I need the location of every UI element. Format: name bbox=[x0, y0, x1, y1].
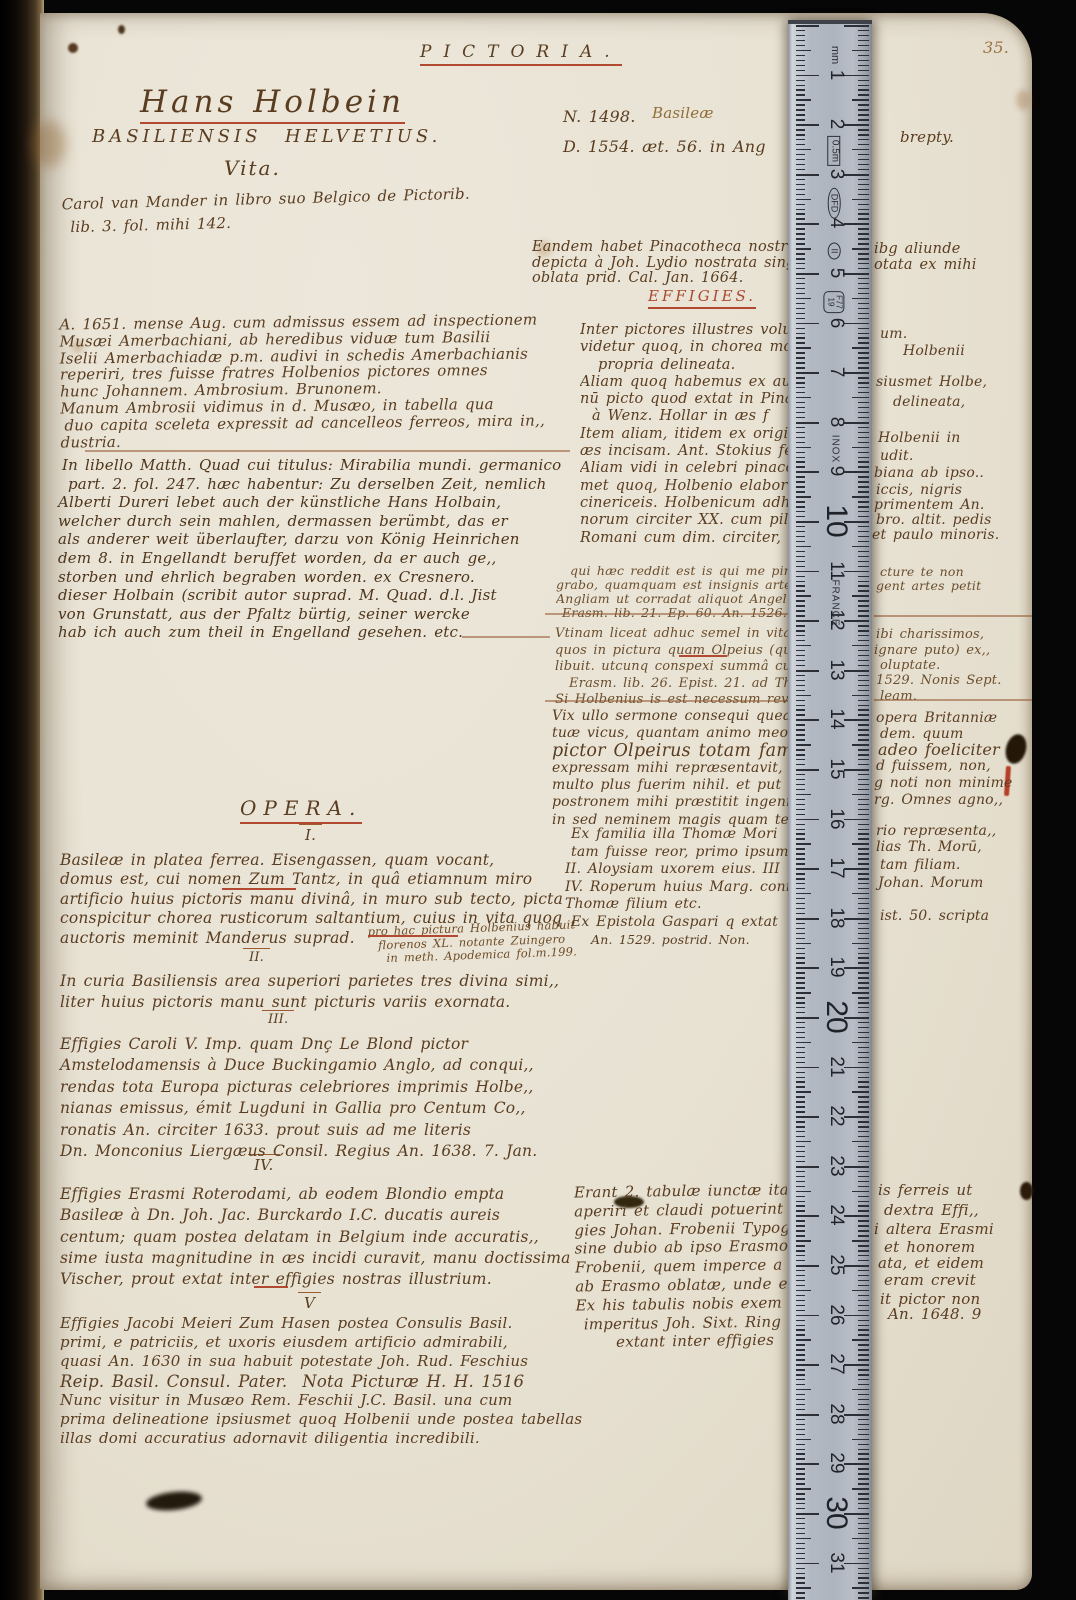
ruler-tick bbox=[796, 858, 805, 859]
ruler-tick bbox=[858, 1310, 869, 1311]
ruler-tick bbox=[844, 323, 869, 325]
ruler-tick bbox=[796, 1344, 805, 1345]
ruler-tick bbox=[796, 829, 805, 830]
ruler-tick bbox=[796, 1106, 805, 1107]
ruler-tick bbox=[796, 655, 805, 656]
ruler-tick bbox=[796, 1240, 811, 1241]
ruler-tick bbox=[796, 447, 811, 448]
ruler-tick bbox=[858, 1151, 869, 1152]
ruler-tick bbox=[796, 213, 805, 214]
text-line: Vischer, prout extat inter effigies nost… bbox=[60, 1269, 571, 1290]
ruler-tick bbox=[796, 1176, 805, 1177]
text-line: tuæ vicus, quantam animo meo p se bbox=[552, 725, 788, 742]
ruler-tick bbox=[796, 1161, 805, 1162]
ruler-tick bbox=[796, 1369, 805, 1370]
ruler-tick bbox=[796, 1285, 805, 1286]
text-line: aperiri et claudi potuerint bbox=[574, 1199, 787, 1221]
ruler-tick bbox=[858, 590, 869, 591]
ruler-tick bbox=[796, 595, 811, 596]
ruler-tick bbox=[796, 457, 805, 458]
ruler-tick bbox=[796, 248, 811, 249]
ruler-tick bbox=[858, 427, 869, 428]
text-block-effigies-list: Inter pictores illustres voluminevidetur… bbox=[580, 322, 788, 547]
ruler-tick bbox=[858, 318, 869, 319]
ruler-tick bbox=[796, 461, 805, 462]
text-line: als anderer weit überlaufter, darzu von … bbox=[58, 530, 561, 549]
ruler-tick bbox=[858, 154, 869, 155]
ruler-tick bbox=[858, 1369, 869, 1370]
ruler-tick bbox=[858, 313, 869, 314]
text-line: Aliam quoq habemus ex autog bbox=[580, 374, 788, 391]
ruler-tick bbox=[858, 784, 869, 785]
ruler-tick bbox=[858, 486, 869, 487]
ruler-tick bbox=[858, 1523, 869, 1524]
ruler-tick bbox=[844, 1414, 869, 1416]
ruler-tick bbox=[796, 581, 805, 582]
ruler-tick bbox=[858, 858, 869, 859]
text-fragment: gent artes petit bbox=[876, 578, 981, 593]
ruler-tick bbox=[858, 977, 869, 978]
ruler-tick bbox=[796, 1483, 805, 1484]
ruler-tick bbox=[796, 962, 805, 963]
ruler-tick bbox=[858, 1493, 869, 1494]
ruler-tick bbox=[852, 347, 869, 348]
ruler-tick bbox=[858, 233, 869, 234]
text-block-morus-letter: Vix ullo sermone consequi queam, Mtuæ vi… bbox=[552, 708, 788, 829]
ruler-tick bbox=[858, 1196, 869, 1197]
text-line: qui hæc reddit est is qui me pinxit bbox=[570, 564, 788, 578]
ruler-tick bbox=[796, 119, 805, 120]
ruler-tick bbox=[858, 1399, 869, 1400]
text-fragment: bro. altit. pedis bbox=[876, 512, 991, 528]
ruler-tick bbox=[796, 948, 805, 949]
ruler-tick bbox=[858, 1126, 869, 1127]
ruler-tick bbox=[858, 1349, 869, 1350]
ruler-number: 3 bbox=[825, 169, 847, 180]
ruler-tick bbox=[858, 561, 869, 562]
ruler-tick bbox=[796, 1171, 805, 1172]
ruler-tick bbox=[796, 824, 805, 825]
ruler-tick bbox=[858, 953, 869, 954]
text-fragment: g noti non minime bbox=[874, 775, 1013, 791]
ruler-tick bbox=[796, 650, 805, 651]
ruler-tick bbox=[796, 600, 805, 601]
ruler-tick bbox=[858, 938, 869, 939]
ruler-tick bbox=[796, 769, 819, 771]
ruler-tick bbox=[796, 938, 805, 939]
ruler-tick bbox=[796, 883, 805, 884]
ruler-tick bbox=[796, 1181, 805, 1182]
ruler-tick bbox=[796, 104, 805, 105]
ruler-tick bbox=[852, 1538, 869, 1539]
ruler-number: 16 bbox=[825, 808, 847, 829]
ruler-tick bbox=[796, 1409, 805, 1410]
text-block-opera-5: Effigies Jacobi Meieri Zum Hasen postea … bbox=[60, 1314, 582, 1448]
ruler-tick bbox=[796, 402, 805, 403]
ruler-tick bbox=[858, 1424, 869, 1425]
ruler-tick bbox=[796, 372, 819, 374]
page-title: PICTORIA. bbox=[420, 42, 622, 66]
ruler-tick bbox=[796, 1126, 805, 1127]
ruler-tick bbox=[858, 962, 869, 963]
ruler-tick bbox=[858, 506, 869, 507]
ruler-tick bbox=[844, 769, 869, 771]
ruler-tick bbox=[796, 1166, 819, 1168]
ruler-tick bbox=[796, 1533, 805, 1534]
text-fragment: Holbenii in bbox=[878, 430, 960, 446]
ruler-tick bbox=[796, 109, 805, 110]
ruler-tick bbox=[852, 99, 869, 100]
ruler-tick bbox=[796, 1523, 805, 1524]
ruler-tick bbox=[796, 1300, 805, 1301]
ruler-tick bbox=[858, 1384, 869, 1385]
text-line: Item aliam, itidem ex originali bbox=[580, 426, 788, 443]
ruler-tick bbox=[844, 819, 869, 821]
ruler-tick bbox=[858, 655, 869, 656]
text-fragment: lias Th. Morū, bbox=[876, 839, 982, 855]
ruler-tick bbox=[796, 1349, 805, 1350]
ruler-tick bbox=[796, 1384, 805, 1385]
ruler-tick bbox=[796, 1310, 805, 1311]
ruler-tick bbox=[796, 1037, 805, 1038]
ruler-tick bbox=[852, 1042, 869, 1043]
ruler-tick bbox=[852, 1191, 869, 1192]
text-line: oblata prid. Cal. Jan. 1664. bbox=[532, 271, 788, 287]
text-line: Aliam vidi in celebri pinacothe bbox=[580, 460, 788, 477]
text-fragment: cture te non bbox=[880, 564, 964, 579]
ruler-tick bbox=[796, 1558, 805, 1559]
ruler-tick bbox=[796, 392, 805, 393]
ruler-tick bbox=[858, 814, 869, 815]
ruler-tick bbox=[796, 819, 819, 821]
ruler-tick bbox=[796, 1315, 819, 1317]
ruler-label-inox: INOX bbox=[829, 435, 840, 463]
ruler-tick bbox=[858, 258, 869, 259]
ruler-tick bbox=[858, 1449, 869, 1450]
ruler-tick bbox=[852, 1240, 869, 1241]
text-line: dem 8. in Engellandt beruffet worden, da… bbox=[58, 549, 561, 568]
ruler-tick bbox=[796, 982, 805, 983]
ruler-tick bbox=[858, 848, 869, 849]
ruler-tick bbox=[796, 1151, 805, 1152]
ruler-tick bbox=[858, 1230, 869, 1231]
ruler-tick bbox=[858, 1300, 869, 1301]
ruler-tick bbox=[796, 546, 811, 547]
ruler-tick bbox=[858, 1359, 869, 1360]
text-line: Thomæ filium etc. bbox=[565, 896, 788, 914]
ruler-tick bbox=[796, 209, 805, 210]
ruler-tick bbox=[796, 1265, 819, 1267]
ruler-tick bbox=[858, 481, 869, 482]
ruler-tick bbox=[858, 1186, 869, 1187]
ruler-number: 22 bbox=[825, 1106, 847, 1127]
text-line: Erasm. lib. 26. Epist. 21. ad Thom. bbox=[569, 676, 788, 693]
ruler-tick bbox=[858, 1573, 869, 1574]
ruler-number: 31 bbox=[825, 1552, 847, 1573]
ruler-tick bbox=[858, 367, 869, 368]
text-line: domus est, cui nomen Zum Tantz, in quâ e… bbox=[60, 870, 563, 889]
ruler-tick bbox=[858, 1558, 869, 1559]
ruler-tick bbox=[858, 1548, 869, 1549]
ruler-tick bbox=[852, 992, 869, 993]
ruler-tick bbox=[796, 134, 805, 135]
ruler-tick bbox=[796, 1022, 805, 1023]
ruler-tick bbox=[844, 422, 869, 424]
ruler-number: 10 bbox=[819, 504, 853, 537]
ruler-tick bbox=[858, 40, 869, 41]
ruler-tick bbox=[858, 1295, 869, 1296]
ruler-number: 4 bbox=[825, 218, 847, 229]
ruler-tick bbox=[852, 843, 869, 844]
ruler-tick bbox=[796, 437, 805, 438]
ruler-tick bbox=[796, 223, 819, 225]
ruler-tick bbox=[796, 779, 805, 780]
ruler-tick bbox=[858, 1106, 869, 1107]
ruler-tick bbox=[844, 273, 869, 275]
ruler-tick bbox=[796, 1012, 805, 1013]
text-line: Angliam ut corradat aliquot Angel bbox=[556, 592, 788, 606]
ruler-tick bbox=[796, 665, 805, 666]
ruler-number: 2 bbox=[825, 119, 847, 130]
ruler-tick bbox=[796, 739, 805, 740]
ruler-tick bbox=[796, 442, 805, 443]
ruler-tick bbox=[858, 209, 869, 210]
ruler-tick bbox=[796, 323, 819, 325]
ruler-tick bbox=[796, 660, 805, 661]
ruler-tick bbox=[844, 124, 869, 126]
ruler-tick bbox=[852, 595, 869, 596]
ruler-tick bbox=[796, 1235, 805, 1236]
ruler-tick bbox=[858, 119, 869, 120]
text-line: postronem mihi præstitit ingenioso bbox=[552, 794, 788, 811]
text-fragment: tam filiam. bbox=[880, 857, 961, 873]
text-line: welcher durch sein mahlen, dermassen ber… bbox=[58, 512, 561, 531]
ruler-tick bbox=[796, 1473, 805, 1474]
text-block-vita-1651: A. 1651. mense Aug. cum admissus essem a… bbox=[59, 311, 545, 450]
ruler-tick bbox=[796, 1498, 805, 1499]
ruler-tick bbox=[852, 1091, 869, 1092]
ruler-tick bbox=[858, 1255, 869, 1256]
ruler-tick bbox=[858, 1419, 869, 1420]
ruler-tick bbox=[796, 714, 805, 715]
text-line: IV. Roperum huius Marg. coniu bbox=[565, 879, 788, 897]
ruler-tick bbox=[796, 1121, 805, 1122]
text-line: artificio huius pictoris manu divinâ, in… bbox=[60, 890, 563, 909]
ruler-tick bbox=[796, 293, 805, 294]
ruler-tick bbox=[796, 1186, 805, 1187]
ruler-tick bbox=[858, 1260, 869, 1261]
ruler-tick bbox=[858, 144, 869, 145]
ruler-tick bbox=[796, 273, 819, 275]
ruler-tick bbox=[796, 89, 805, 90]
ruler-tick bbox=[796, 814, 805, 815]
ruler-tick bbox=[796, 1081, 805, 1082]
text-line: Reip. Basil. Consul. Pater. Nota Picturæ… bbox=[60, 1372, 582, 1391]
text-block-opera-2: In curia Basiliensis area superiori pari… bbox=[60, 971, 559, 1012]
ruler-tick bbox=[858, 1478, 869, 1479]
ruler-tick bbox=[858, 268, 869, 269]
ruler-tick bbox=[796, 749, 805, 750]
ruler-tick bbox=[796, 561, 805, 562]
section-opera: OPERA. bbox=[240, 796, 362, 824]
ruler-tick bbox=[796, 189, 805, 190]
ruler-tick bbox=[796, 1325, 805, 1326]
ruler-tick bbox=[796, 342, 805, 343]
ruler-tick bbox=[858, 1032, 869, 1033]
ruler-tick bbox=[858, 1111, 869, 1112]
ruler-tick bbox=[796, 645, 811, 646]
ruler-tick bbox=[796, 571, 819, 573]
ruler-tick bbox=[852, 496, 869, 497]
ruler-tick bbox=[852, 1587, 869, 1588]
ruler-tick bbox=[858, 700, 869, 701]
ruler-tick bbox=[796, 377, 805, 378]
ruler-tick bbox=[858, 1592, 869, 1593]
ruler-tick bbox=[796, 1508, 805, 1509]
ruler-tick bbox=[858, 1002, 869, 1003]
ruler-tick bbox=[858, 581, 869, 582]
ruler-tick bbox=[844, 967, 869, 969]
text-line: Inter pictores illustres volumine bbox=[580, 322, 788, 339]
ruler-tick bbox=[858, 957, 869, 958]
text-line: nū picto quod extat in Pinaco bbox=[580, 391, 788, 408]
ruler-tick bbox=[796, 928, 805, 929]
ruler-tick bbox=[858, 333, 869, 334]
ruler-number: 7 bbox=[825, 367, 847, 378]
ruler-tick bbox=[796, 1453, 805, 1454]
ruler-tick bbox=[796, 759, 805, 760]
ruler-tick bbox=[796, 1047, 805, 1048]
ruler-tick bbox=[844, 1067, 869, 1069]
ruler-tick bbox=[858, 1235, 869, 1236]
ruler-tick bbox=[858, 80, 869, 81]
ruler-tick bbox=[796, 873, 805, 874]
ruler-tick bbox=[858, 1012, 869, 1013]
ruler-tick bbox=[796, 253, 805, 254]
ruler-tick bbox=[796, 1458, 805, 1459]
ruler-tick bbox=[858, 328, 869, 329]
text-block-quad-libello: In libello Matth. Quad cui titulus: Mira… bbox=[58, 456, 561, 642]
text-fragment: rio repræsenta,, bbox=[876, 823, 996, 839]
ruler-number: 15 bbox=[825, 758, 847, 779]
ruler-tick bbox=[796, 1419, 805, 1420]
ruler-tick bbox=[852, 50, 869, 51]
ruler-tick bbox=[858, 387, 869, 388]
ruler-tick bbox=[844, 223, 869, 225]
ruler-tick bbox=[858, 60, 869, 61]
ruler-tick bbox=[858, 536, 869, 537]
text-fragment: d fuissem, non, bbox=[876, 758, 991, 774]
ruler-tick bbox=[858, 1453, 869, 1454]
ruler-tick bbox=[852, 397, 869, 398]
ruler-tick bbox=[858, 1201, 869, 1202]
ruler-tick bbox=[796, 471, 819, 473]
ruler-tick bbox=[796, 308, 805, 309]
ruler-tick bbox=[858, 1101, 869, 1102]
ruler-tick bbox=[796, 863, 805, 864]
ruler-tick bbox=[858, 1577, 869, 1578]
text-line: II. Aloysiam uxorem eius. III bbox=[565, 861, 788, 879]
ruler-tick bbox=[796, 764, 805, 765]
ruler-tick bbox=[858, 179, 869, 180]
ruler-tick bbox=[858, 1429, 869, 1430]
ruler-tick bbox=[796, 263, 805, 264]
ruler-tick bbox=[796, 1062, 805, 1063]
text-fragment: Johan. Morum bbox=[878, 875, 983, 891]
text-line: à Wenz. Hollar in æs f bbox=[592, 408, 788, 425]
text-fragment: oluptate. bbox=[880, 658, 941, 673]
text-line: sime iusta magnitudine in æs incidi cura… bbox=[60, 1248, 571, 1269]
ruler-tick bbox=[858, 630, 869, 631]
ink-rule bbox=[874, 699, 1032, 701]
ruler-tick bbox=[858, 288, 869, 289]
ruler-tick bbox=[796, 1379, 805, 1380]
ruler-tick bbox=[796, 139, 805, 140]
ruler-tick bbox=[858, 1250, 869, 1251]
ruler-number: 11 bbox=[825, 561, 847, 581]
ruler-tick bbox=[858, 948, 869, 949]
ruler-tick bbox=[796, 1255, 805, 1256]
ruler-tick bbox=[796, 204, 805, 205]
ruler-tick bbox=[796, 169, 805, 170]
ruler-tick bbox=[858, 1533, 869, 1534]
ruler-tick bbox=[796, 536, 805, 537]
text-line: part. 2. fol. 247. hæc habentur: Zu ders… bbox=[68, 475, 561, 494]
ruler-tick bbox=[796, 491, 805, 492]
ruler-tick bbox=[796, 1027, 805, 1028]
ruler-tick bbox=[858, 724, 869, 725]
ruler-tick bbox=[858, 228, 869, 229]
text-fragment: otata ex mihi bbox=[874, 257, 977, 273]
ruler-tick bbox=[796, 1156, 805, 1157]
ruler-tick bbox=[796, 1250, 805, 1251]
ruler-tick bbox=[858, 824, 869, 825]
ruler-tick bbox=[796, 670, 819, 672]
ruler-tick bbox=[796, 397, 811, 398]
ruler-tick bbox=[858, 1394, 869, 1395]
ruler-tick bbox=[796, 303, 805, 304]
ruler-tick bbox=[858, 303, 869, 304]
text-fragment: eram crevit bbox=[884, 1271, 976, 1289]
text-fragment: ist. 50. scripta bbox=[880, 908, 989, 924]
ruler-tick bbox=[858, 1528, 869, 1529]
ruler-tick bbox=[844, 1463, 869, 1465]
ruler-tick bbox=[796, 129, 805, 130]
ruler-tick bbox=[858, 1374, 869, 1375]
text-fragment: ata, et eidem bbox=[878, 1254, 984, 1272]
ruler-tick bbox=[796, 407, 805, 408]
ruler-tick bbox=[858, 1582, 869, 1583]
ruler-tick bbox=[858, 749, 869, 750]
ruler-tick bbox=[796, 65, 805, 66]
artist-name: Hans Holbein bbox=[140, 84, 405, 124]
ruler-tick bbox=[796, 1091, 811, 1092]
ruler-tick bbox=[858, 833, 869, 834]
ruler-tick bbox=[844, 1215, 869, 1217]
ruler-tick bbox=[858, 1483, 869, 1484]
text-fragment: rg. Omnes agno,, bbox=[874, 792, 1003, 808]
ruler-tick bbox=[858, 70, 869, 71]
ruler-tick bbox=[858, 1146, 869, 1147]
ruler-tick bbox=[796, 1032, 805, 1033]
ruler-tick bbox=[796, 417, 805, 418]
ruler-tick bbox=[858, 1057, 869, 1058]
ruler-number: 21 bbox=[825, 1056, 847, 1077]
ruler-tick bbox=[858, 452, 869, 453]
ruler-tick bbox=[858, 987, 869, 988]
ruler-tick bbox=[844, 1116, 869, 1118]
ruler-tick bbox=[796, 1146, 805, 1147]
